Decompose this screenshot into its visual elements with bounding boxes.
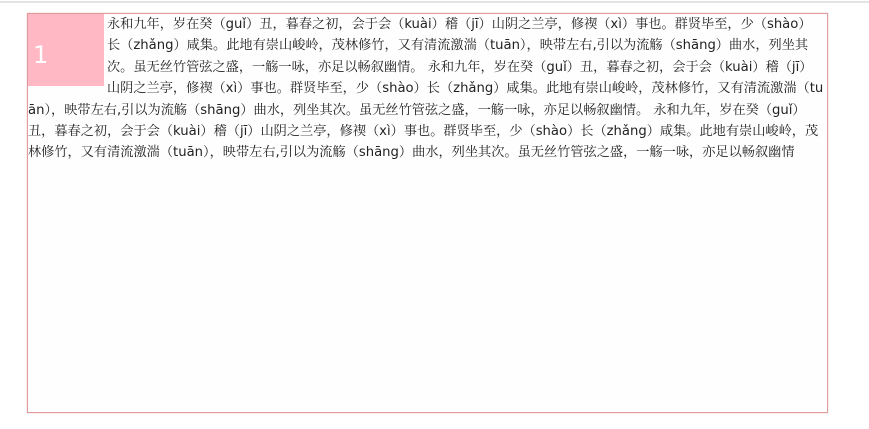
floated-number-block: 1 — [28, 14, 104, 86]
float-number-label: 1 — [33, 42, 48, 68]
top-divider — [0, 1, 869, 3]
float-demo-container: 1 永和九年，岁在癸（guǐ）丑，暮春之初，会于会（kuài）稽（jī）山阴之兰… — [27, 13, 828, 413]
wrapped-paragraph: 永和九年，岁在癸（guǐ）丑，暮春之初，会于会（kuài）稽（jī）山阴之兰亭，… — [28, 14, 827, 164]
